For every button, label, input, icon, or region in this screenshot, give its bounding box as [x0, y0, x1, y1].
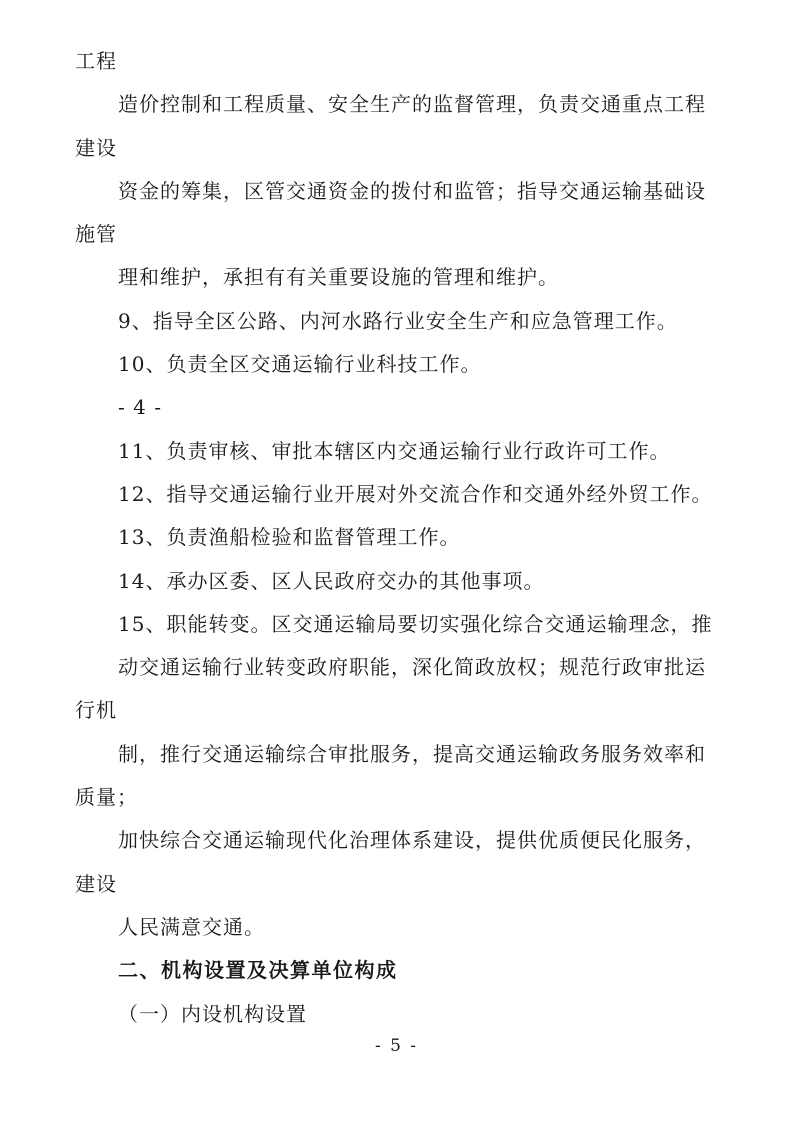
text-line: 10、负责全区交通运输行业科技工作。 [75, 343, 733, 386]
text-line: 理和维护，承担有有关重要设施的管理和维护。 [75, 256, 733, 299]
section-heading: 二、机构设置及决算单位构成 [75, 949, 733, 992]
text-line: 9、指导全区公路、内河水路行业安全生产和应急管理工作。 [75, 300, 733, 343]
text-line: 工程 [75, 40, 733, 83]
text-line: 质量； [75, 776, 733, 819]
document-body: 工程造价控制和工程质量、安全生产的监督管理，负责交通重点工程建设资金的筹集，区管… [75, 40, 733, 1036]
text-line: 加快综合交通运输现代化治理体系建设，提供优质便民化服务， [75, 819, 733, 862]
text-line: 12、指导交通运输行业开展对外交流合作和交通外经外贸工作。 [75, 473, 733, 516]
text-line: 造价控制和工程质量、安全生产的监督管理，负责交通重点工程 [75, 83, 733, 126]
text-line: （一）内设机构设置 [75, 993, 733, 1036]
text-line: 施管 [75, 213, 733, 256]
text-line: 建设 [75, 863, 733, 906]
document-page: 工程造价控制和工程质量、安全生产的监督管理，负责交通重点工程建设资金的筹集，区管… [0, 0, 793, 1122]
text-line: 人民满意交通。 [75, 906, 733, 949]
text-line: 15、职能转变。区交通运输局要切实强化综合交通运输理念，推 [75, 603, 733, 646]
text-line: 13、负责渔船检验和监督管理工作。 [75, 516, 733, 559]
text-line: 动交通运输行业转变政府职能，深化简政放权；规范行政审批运 [75, 646, 733, 689]
text-line: 制，推行交通运输综合审批服务，提高交通运输政务服务效率和 [75, 733, 733, 776]
text-line: 建设 [75, 127, 733, 170]
text-line: 14、承办区委、区人民政府交办的其他事项。 [75, 560, 733, 603]
text-line: 行机 [75, 689, 733, 732]
embedded-page-number: - 4 - [75, 386, 733, 429]
text-line: 资金的筹集，区管交通资金的拨付和监管；指导交通运输基础设 [75, 170, 733, 213]
text-line: 11、负责审核、审批本辖区内交通运输行业行政许可工作。 [75, 430, 733, 473]
page-footer: - 5 - [0, 1032, 793, 1060]
